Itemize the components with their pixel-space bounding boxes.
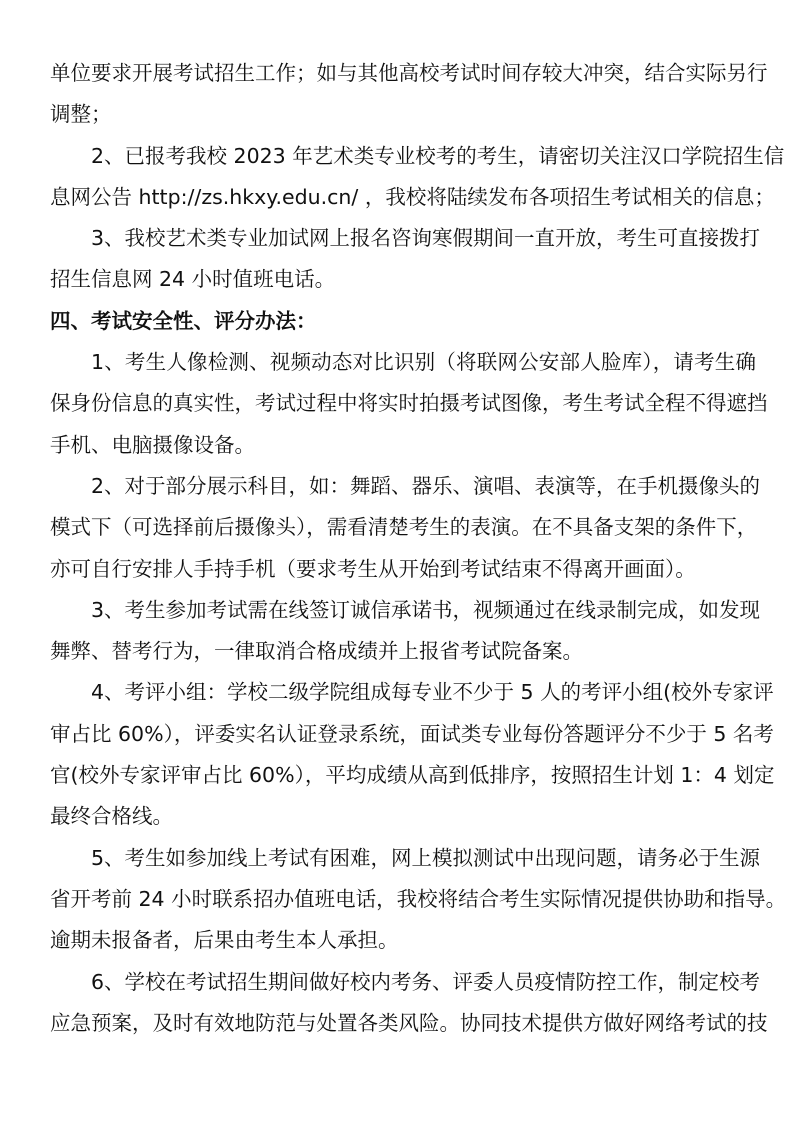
paragraph-line: 调整；	[50, 94, 756, 135]
paragraph-line: 单位要求开展考试招生工作；如与其他高校考试时间存较大冲突，结合实际另行	[50, 53, 756, 94]
paragraph-line: 逾期未报备者，后果由考生本人承担。	[50, 920, 756, 961]
paragraph-line: 2、对于部分展示科目，如：舞蹈、器乐、演唱、表演等，在手机摄像头的	[50, 466, 756, 507]
document-page: 单位要求开展考试招生工作；如与其他高校考试时间存较大冲突，结合实际另行 调整； …	[50, 53, 756, 1044]
paragraph-line: 审占比 60%），评委实名认证登录系统，面试类专业每份答题评分不少于 5 名考	[50, 714, 756, 755]
paragraph-line: 亦可自行安排人手持手机（要求考生从开始到考试结束不得离开画面）。	[50, 549, 756, 590]
paragraph-line: 保身份信息的真实性，考试过程中将实时拍摄考试图像，考生考试全程不得遮挡	[50, 383, 756, 424]
paragraph-line: 模式下（可选择前后摄像头），需看清楚考生的表演。在不具备支架的条件下，	[50, 507, 756, 548]
paragraph-line: 最终合格线。	[50, 796, 756, 837]
paragraph-line: 应急预案，及时有效地防范与处置各类风险。协同技术提供方做好网络考试的技	[50, 1003, 756, 1044]
paragraph-line: 6、学校在考试招生期间做好校内考务、评委人员疫情防控工作，制定校考	[50, 962, 756, 1003]
paragraph-line: 官(校外专家评审占比 60%），平均成绩从高到低排序，按照招生计划 1：4 划定	[50, 755, 756, 796]
paragraph-line: 3、考生参加考试需在线签订诚信承诺书，视频通过在线录制完成，如发现	[50, 590, 756, 631]
paragraph-line-with-link: 息网公告 http://zs.hkxy.edu.cn/ ，我校将陆续发布各项招生…	[50, 177, 756, 218]
paragraph-line: 省开考前 24 小时联系招办值班电话，我校将结合考生实际情况提供协助和指导。	[50, 879, 756, 920]
section-heading: 四、考试安全性、评分办法：	[50, 301, 756, 342]
paragraph-line: 1、考生人像检测、视频动态对比识别（将联网公安部人脸库），请考生确	[50, 342, 756, 383]
paragraph-line: 2、已报考我校 2023 年艺术类专业校考的考生，请密切关注汉口学院招生信	[50, 136, 756, 177]
paragraph-line: 3、我校艺术类专业加试网上报名咨询寒假期间一直开放，考生可直接拨打	[50, 218, 756, 259]
paragraph-line: 舞弊、替考行为，一律取消合格成绩并上报省考试院备案。	[50, 631, 756, 672]
paragraph-line: 5、考生如参加线上考试有困难，网上模拟测试中出现问题，请务必于生源	[50, 838, 756, 879]
paragraph-line: 4、考评小组：学校二级学院组成每专业不少于 5 人的考评小组(校外专家评	[50, 672, 756, 713]
paragraph-line: 手机、电脑摄像设备。	[50, 425, 756, 466]
paragraph-line: 招生信息网 24 小时值班电话。	[50, 259, 756, 300]
